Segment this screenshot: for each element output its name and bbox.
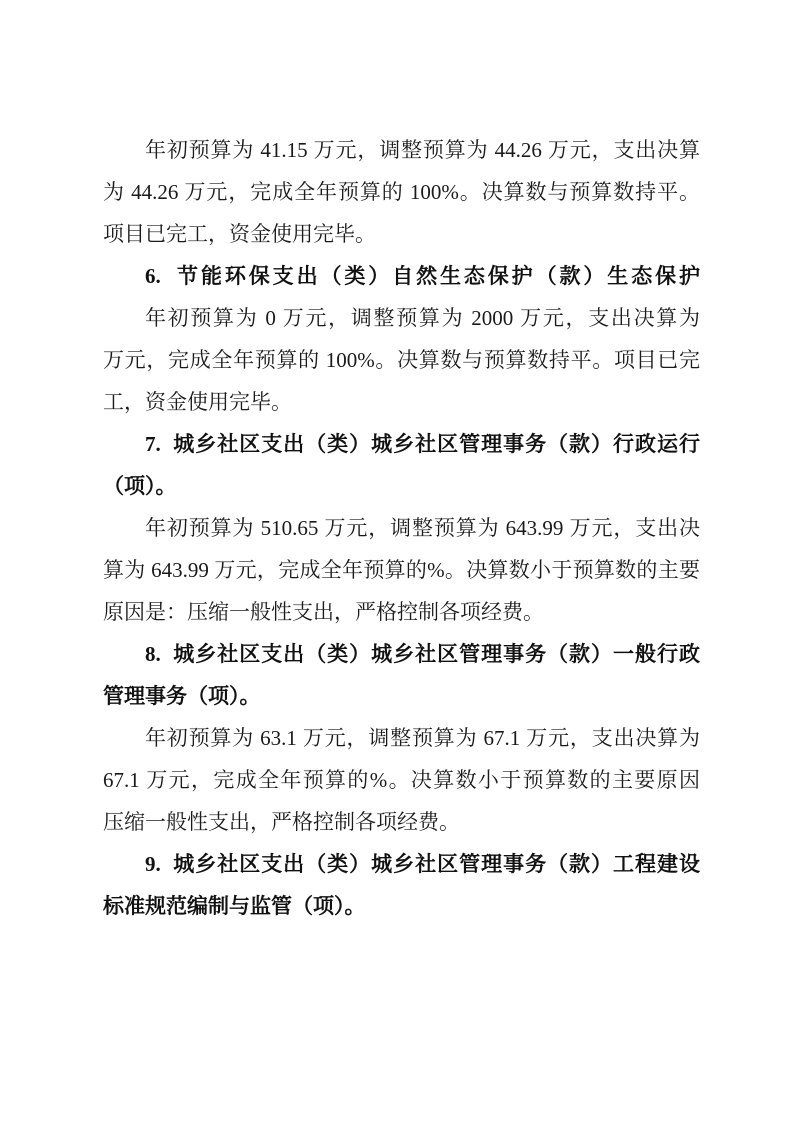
budget-item-6-detail-paragraph: 年初预算为 0 万元，调整预算为 2000 万元，支出决算为 2000 万元，完… — [103, 297, 700, 423]
heading-line: 管理事务（项）。 — [103, 675, 700, 717]
budget-item-5-detail-paragraph: 年初预算为 41.15 万元，调整预算为 44.26 万元，支出决算 为 44.… — [103, 129, 700, 255]
heading-line: 标准规范编制与监管（项）。 — [103, 885, 700, 927]
document-content: 年初预算为 41.15 万元，调整预算为 44.26 万元，支出决算 为 44.… — [103, 129, 700, 927]
text-line: 年初预算为 510.65 万元，调整预算为 643.99 万元，支出决 — [103, 507, 700, 549]
text-line: 67.1 万元，完成全年预算的%。决算数小于预算数的主要原因是： — [103, 759, 700, 801]
document-page: 年初预算为 41.15 万元，调整预算为 44.26 万元，支出决算 为 44.… — [0, 0, 793, 1122]
text-line: 为 44.26 万元，完成全年预算的 100%。决算数与预算数持平。 — [103, 171, 700, 213]
budget-item-7-detail-paragraph: 年初预算为 510.65 万元，调整预算为 643.99 万元，支出决 算为 6… — [103, 507, 700, 633]
budget-item-9-heading: 9. 城乡社区支出（类）城乡社区管理事务（款）工程建设 标准规范编制与监管（项）… — [103, 843, 700, 927]
text-line: 年初预算为 63.1 万元，调整预算为 67.1 万元，支出决算为 — [103, 717, 700, 759]
text-line: 年初预算为 41.15 万元，调整预算为 44.26 万元，支出决算 — [103, 129, 700, 171]
text-line: 万元，完成全年预算的 100%。决算数与预算数持平。项目已完 — [103, 339, 700, 381]
text-line: 算为 643.99 万元，完成全年预算的%。决算数小于预算数的主要 — [103, 549, 700, 591]
budget-item-8-detail-paragraph: 年初预算为 63.1 万元，调整预算为 67.1 万元，支出决算为 67.1 万… — [103, 717, 700, 843]
heading-line: 9. 城乡社区支出（类）城乡社区管理事务（款）工程建设 — [103, 843, 700, 885]
text-line: 压缩一般性支出，严格控制各项经费。 — [103, 801, 700, 843]
heading-line: （项）。 — [103, 465, 700, 507]
budget-item-8-heading: 8. 城乡社区支出（类）城乡社区管理事务（款）一般行政 管理事务（项）。 — [103, 633, 700, 717]
heading-line: 7. 城乡社区支出（类）城乡社区管理事务（款）行政运行 — [103, 423, 700, 465]
text-line: 原因是：压缩一般性支出，严格控制各项经费。 — [103, 591, 700, 633]
text-line: 工，资金使用完毕。 — [103, 381, 700, 423]
text-line: 年初预算为 0 万元，调整预算为 2000 万元，支出决算为 2000 — [103, 297, 700, 339]
budget-item-6-heading: 6. 节能环保支出（类）自然生态保护（款）生态保护（项）。 — [103, 255, 700, 297]
budget-item-7-heading: 7. 城乡社区支出（类）城乡社区管理事务（款）行政运行 （项）。 — [103, 423, 700, 507]
text-line: 项目已完工，资金使用完毕。 — [103, 213, 700, 255]
heading-line: 8. 城乡社区支出（类）城乡社区管理事务（款）一般行政 — [103, 633, 700, 675]
heading-line: 6. 节能环保支出（类）自然生态保护（款）生态保护（项）。 — [103, 255, 700, 297]
